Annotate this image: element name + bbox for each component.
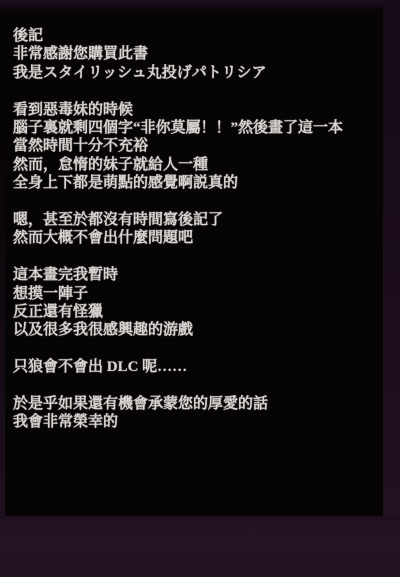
text-line: 非常感謝您購買此書 [13,45,383,63]
paragraph-sekiro-dlc: 只狼會不會出 DLC 呢…… [13,358,383,376]
text-line: 嗯，甚至於都沒有時間寫後記了 [13,211,383,229]
afterword-text: 後記 非常感謝您購買此書 我是スタイリッシュ丸投げパトリシア 看到惡毒妹的時候 … [13,27,383,450]
paragraph-closing: 於是乎如果還有機會承蒙您的厚愛的話 我會非常榮幸的 [13,395,383,432]
scan-edge-bottom [0,516,400,577]
scan-edge-right [383,0,400,516]
paragraph-no-time: 嗯，甚至於都沒有時間寫後記了 然而大概不會出什麼問題吧 [13,211,383,248]
paragraph-drawing-story: 看到惡毒妹的時候 腦子裏就剩四個字“非你莫屬！！”然後畫了這一本 當然時間十分不… [13,101,383,193]
text-line: 全身上下都是萌點的感覺啊説真的 [13,174,383,192]
text-line: 想摸一陣子 [13,285,383,303]
paragraph-plans: 這本畫完我暫時 想摸一陣子 反正還有怪獵 以及很多我很感興趣的游戲 [13,266,383,340]
text-line: 腦子裏就剩四個字“非你莫屬！！”然後畫了這一本 [13,119,383,137]
scanned-page: 後記 非常感謝您購買此書 我是スタイリッシュ丸投げパトリシア 看到惡毒妹的時候 … [0,0,400,577]
text-line: 我會非常榮幸的 [13,413,383,431]
text-line: 於是乎如果還有機會承蒙您的厚愛的話 [13,395,383,413]
scan-edge-left [0,140,5,516]
text-line: 看到惡毒妹的時候 [13,101,383,119]
text-line: 以及很多我很感興趣的游戲 [13,321,383,339]
text-line: 當然時間十分不充裕 [13,137,383,155]
text-line: 然而，怠惰的妹子就給人一種 [13,156,383,174]
scan-edge-top [0,0,383,11]
paragraph-intro: 後記 非常感謝您購買此書 我是スタイリッシュ丸投げパトリシア [13,27,383,82]
text-line: 反正還有怪獵 [13,303,383,321]
text-line: 只狼會不會出 DLC 呢…… [13,358,383,376]
text-line: 我是スタイリッシュ丸投げパトリシア [13,64,383,82]
text-line: 然而大概不會出什麼問題吧 [13,229,383,247]
text-line: 這本畫完我暫時 [13,266,383,284]
text-line: 後記 [13,27,383,45]
